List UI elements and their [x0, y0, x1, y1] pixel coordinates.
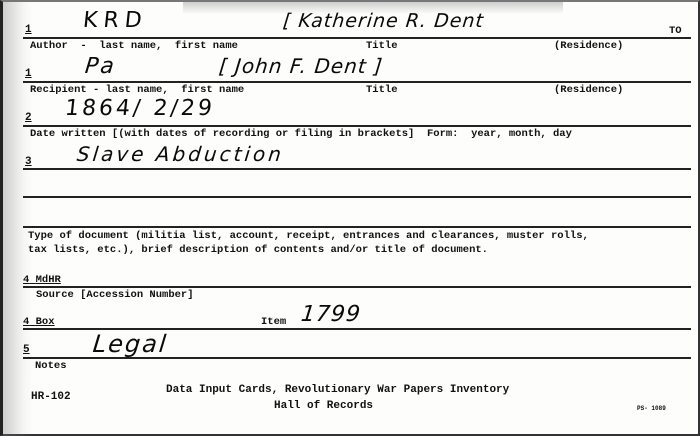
author-name-value: KRD [82, 8, 149, 33]
type-field-number: 3 [25, 156, 32, 168]
author-label: Author - last name, first name [30, 40, 238, 52]
date-value: 1864/ 2/29 [64, 96, 216, 121]
type-line-3 [23, 226, 691, 228]
box-label-group: 4 Box [23, 316, 55, 328]
notes-value: Legal [92, 330, 170, 358]
recipient-field-number: 1 [25, 68, 32, 80]
box-label: Box [36, 316, 55, 328]
notes-line [23, 357, 691, 359]
notes-label: Notes [35, 360, 67, 372]
author-line [23, 37, 691, 39]
type-line-1 [23, 168, 691, 170]
type-line-2 [23, 196, 691, 198]
footer-title-line1: Data Input Cards, Revolutionary War Pape… [166, 384, 509, 396]
footer-title-line2: Hall of Records [274, 400, 373, 412]
recipient-title-value: [ John F. Dent ] [218, 54, 385, 78]
author-title-value: [ Katherine R. Dent [282, 10, 485, 32]
source-prefix: 4 MdHR [23, 274, 61, 286]
recipient-line [23, 81, 691, 83]
item-value: 1799 [300, 302, 363, 327]
type-label-line2: tax lists, etc.), brief description of c… [28, 244, 488, 256]
item-label: Item [261, 316, 286, 328]
recipient-name-value: Pa [84, 54, 117, 79]
type-label-line1: Type of document (militia list, account,… [28, 230, 589, 242]
source-label: Source [Accession Number] [36, 289, 194, 301]
recipient-label: Recipient - last name, first name [30, 84, 244, 96]
recipient-title-label: Title [366, 84, 398, 96]
type-value: Slave Abduction [76, 142, 286, 166]
source-mdhr: MdHR [36, 274, 61, 286]
box-field-number: 4 [23, 316, 29, 328]
print-code: PS- 1089 [637, 405, 666, 412]
author-title-label: Title [366, 40, 398, 52]
notes-field-number: 5 [23, 344, 30, 356]
to-label: TO [669, 25, 682, 37]
form-code: HR-102 [31, 391, 71, 403]
data-input-card: 1 KRD [ Katherine R. Dent TO Author - la… [0, 0, 700, 436]
date-label: Date written [(with dates of recording o… [30, 128, 572, 140]
source-line [23, 286, 691, 288]
source-field-number: 4 [23, 274, 29, 286]
recipient-residence-label: (Residence) [554, 84, 623, 96]
author-residence-label: (Residence) [554, 40, 623, 52]
author-field-number: 1 [25, 24, 32, 36]
date-field-number: 2 [25, 112, 32, 124]
date-line [23, 125, 691, 127]
